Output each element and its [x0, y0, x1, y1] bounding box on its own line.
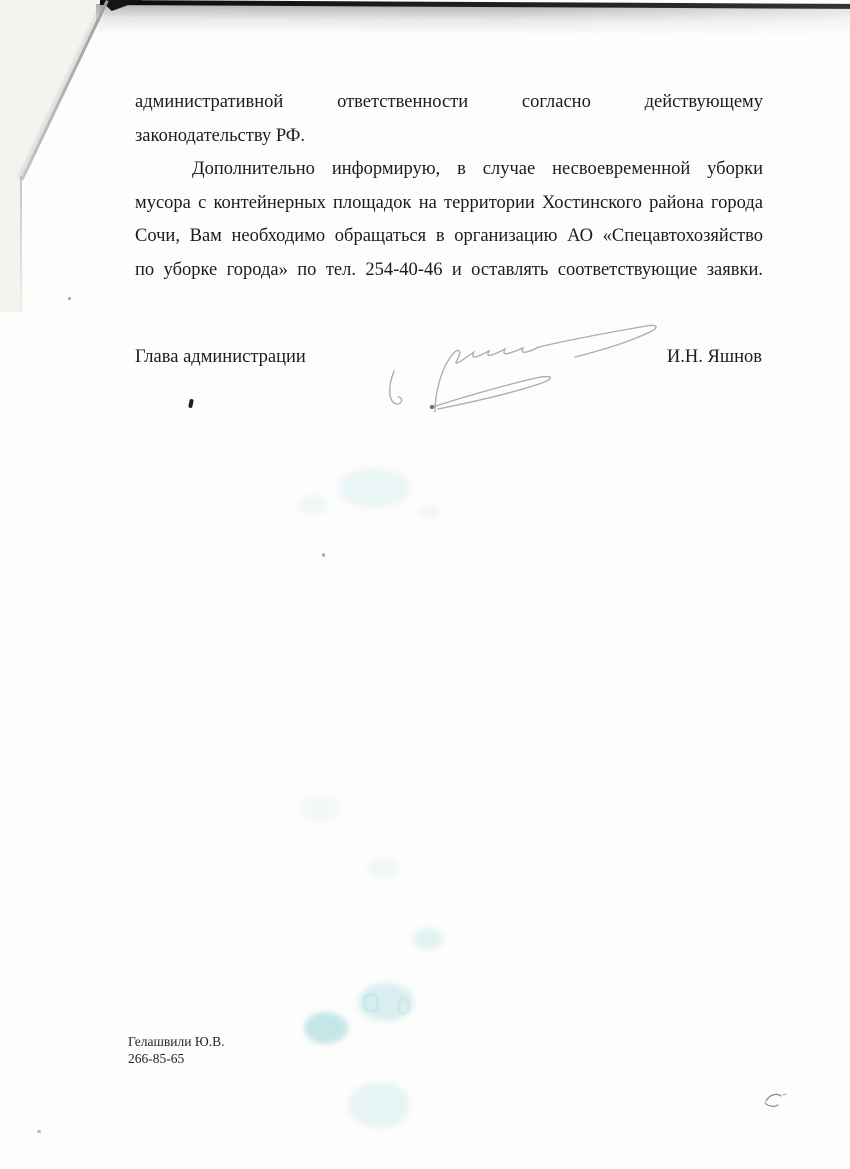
scanned-letter-page: административной ответственности согласн…: [0, 0, 850, 1169]
body-text-line: по уборке города» по тел. 254-40-46 и ос…: [135, 254, 763, 288]
body-text-line: Дополнительно информирую, в случае несво…: [135, 153, 763, 187]
ink-bleed-spot: [300, 795, 340, 823]
ink-bleed-spot: [413, 928, 443, 950]
scan-corner-background: [0, 0, 120, 315]
ink-bleed-spot: [298, 495, 328, 515]
stray-ink-mark: [188, 399, 194, 409]
body-text-line: законодательству РФ.: [135, 120, 763, 154]
scan-left-paper-edge: [20, 176, 22, 321]
ink-bleed-glyph: [364, 994, 378, 1012]
speck: [68, 297, 71, 300]
body-text-line: административной ответственности согласн…: [135, 86, 763, 120]
signature-ink-dot: [430, 405, 434, 409]
executor-block: Гелашвили Ю.В. 266-85-65: [128, 1033, 224, 1067]
ink-bleed-spot: [304, 1012, 348, 1044]
ink-bleed-glyph: [398, 998, 409, 1014]
speck: [322, 553, 325, 557]
signature-stroke: [433, 377, 550, 409]
signature: [378, 313, 678, 423]
scan-top-edge-shadow: [96, 4, 850, 40]
ink-bleed-spot: [420, 505, 440, 519]
speck: [37, 1130, 41, 1133]
ink-bleed-spot: [338, 468, 410, 508]
ink-bleed-spot: [368, 858, 398, 878]
executor-name: Гелашвили Ю.В.: [128, 1033, 224, 1050]
executor-phone: 266-85-65: [128, 1050, 224, 1067]
ink-bleed-spot: [348, 1082, 410, 1128]
signoff-name: И.Н. Яшнов: [667, 347, 762, 368]
signoff-title: Глава администрации: [135, 347, 306, 368]
body-text-line: мусора с контейнерных площадок на террит…: [135, 187, 763, 221]
letter-body: административной ответственности согласн…: [135, 86, 763, 287]
signature-stroke: [435, 325, 656, 412]
signature-stroke: [390, 371, 402, 404]
body-text-line: Сочи, Вам необходимо обращаться в органи…: [135, 220, 763, 254]
scan-smudge-mark: [762, 1090, 788, 1110]
